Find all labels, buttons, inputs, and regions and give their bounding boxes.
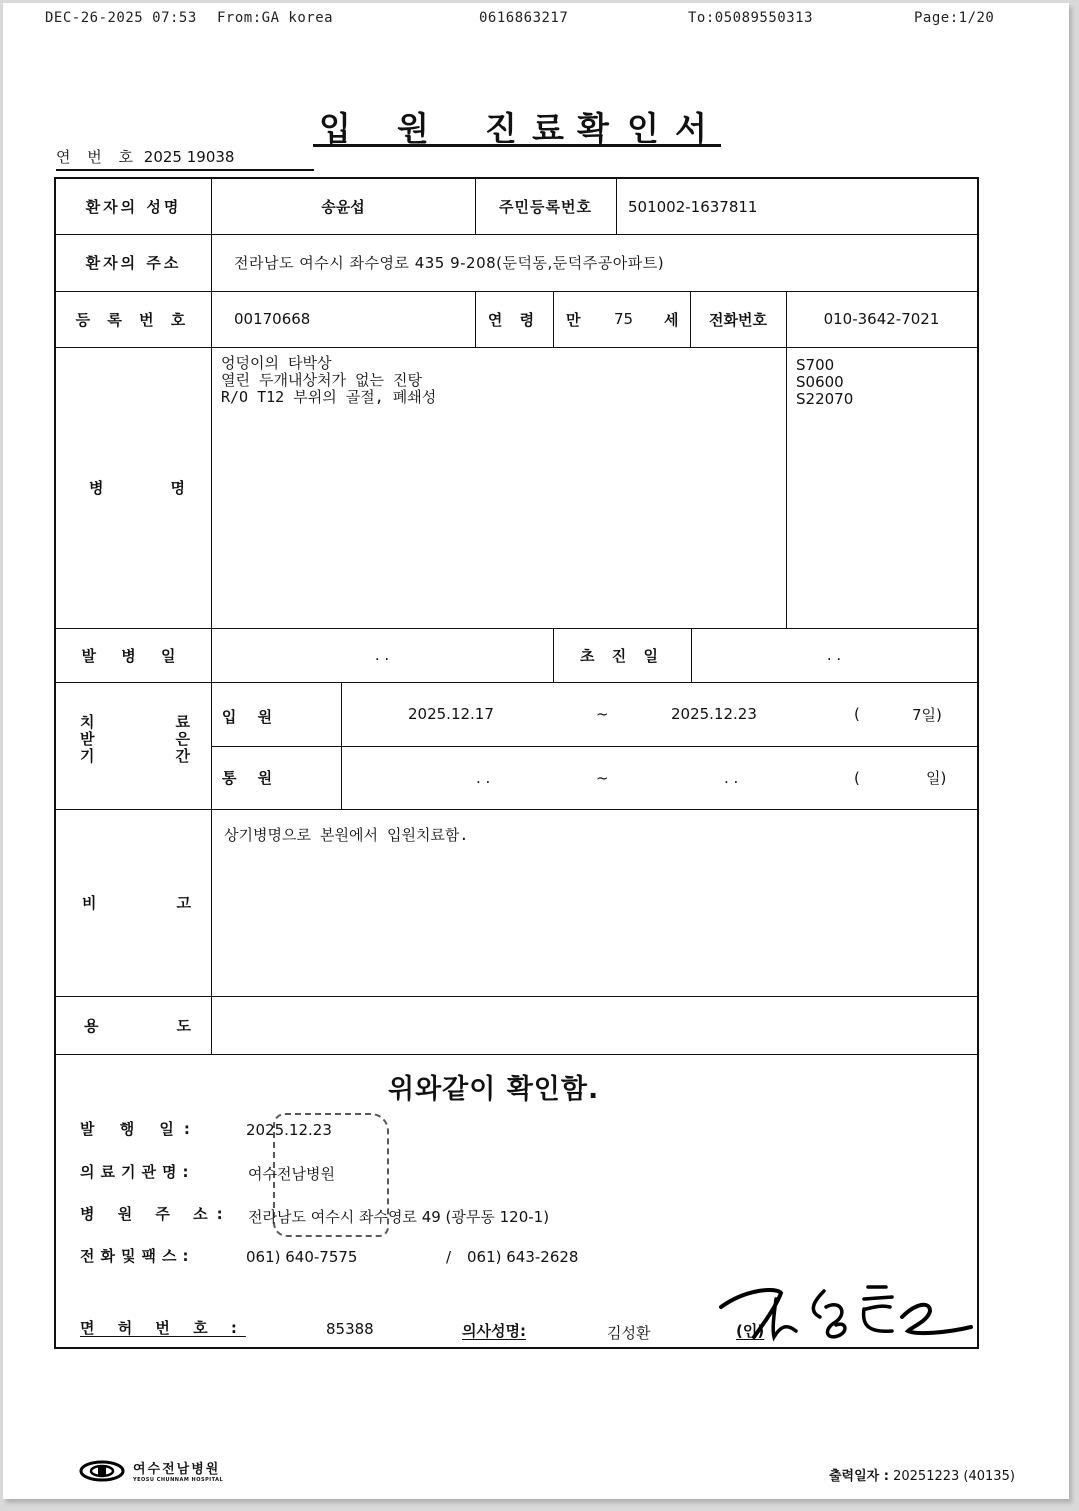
patient-name-label: 환자의 성명 (56, 179, 211, 234)
document-title: 입 원 진 료 확 인 서 (313, 103, 721, 147)
hospital-address-label: 병 원 주 소: (80, 1203, 232, 1224)
fax-from-number: 0616863217 (479, 10, 568, 26)
inpatient-start: 2025.12.17 (408, 682, 508, 746)
inpatient-label: 입 원 (211, 682, 291, 746)
inpatient-days: 7일) (912, 682, 962, 746)
hospital-logo-subtext: YEOSU CHUNNAM HOSPITAL (133, 1477, 223, 1483)
serial-number: 연 번 호 2025 19038 (56, 146, 314, 171)
diagnosis-codes: S700 S0600 S22070 (796, 357, 966, 408)
fax-header: DEC-26-2025 07:53 From:GA korea 06168632… (3, 10, 1069, 30)
outpatient-days: 일) (926, 746, 966, 809)
outpatient-end: . . (724, 746, 764, 809)
fax-page: DEC-26-2025 07:53 From:GA korea 06168632… (3, 3, 1069, 1499)
fax-from: From:GA korea (217, 10, 333, 26)
hospital-logo: 여수전남병원 YEOSU CHUNNAM HOSPITAL (79, 1458, 223, 1483)
address-value: 전라남도 여수시 좌수영로 435 9-208(둔덕동,둔덕주공아파트) (234, 234, 974, 291)
inpatient-paren: ( (854, 682, 864, 746)
diagnosis-code: S700 (796, 357, 966, 374)
phone-fax-label: 전화및팩스: (80, 1245, 194, 1266)
inpatient-end: 2025.12.23 (671, 682, 771, 746)
rrn-label: 주민등록번호 (475, 179, 616, 234)
address-label: 환자의 주소 (56, 234, 211, 291)
doctor-signature (716, 1277, 976, 1347)
phone-value: 010-3642-7021 (786, 291, 977, 347)
first-visit-value: . . (691, 628, 977, 682)
diagnosis-code: S22070 (796, 391, 966, 408)
serial-value: 2025 19038 (144, 148, 235, 166)
institution-label: 의료기관명: (80, 1161, 194, 1182)
diagnosis-names: 엉덩이의 타박상 열린 두개내상처가 없는 진탕 R/O T12 부위의 골절,… (221, 355, 781, 406)
outpatient-start: . . (476, 746, 516, 809)
outpatient-label: 통 원 (211, 746, 291, 809)
registration-label: 등 록 번 호 (56, 291, 211, 347)
diagnosis-item: 열린 두개내상처가 없는 진탕 (221, 372, 781, 389)
diagnosis-label: 병명 (56, 347, 211, 628)
hospital-logo-name: 여수전남병원 (133, 1458, 223, 1477)
official-stamp (273, 1113, 389, 1237)
first-visit-label: 초 진 일 (553, 628, 691, 682)
serial-label: 연 번 호 (56, 148, 139, 166)
remarks-label: 비 고 (56, 809, 211, 996)
treatment-period-label: 치 받 기 료 은 간 (80, 714, 190, 765)
doctor-name-value: 김성환 (607, 1322, 650, 1343)
purpose-value (224, 996, 964, 1054)
hospital-fax: 061) 643-2628 (467, 1248, 578, 1266)
fax-separator: / (446, 1248, 451, 1266)
rrn-value: 501002-1637811 (628, 179, 968, 234)
issue-date-label: 발 행 일: (80, 1118, 200, 1139)
print-date: 출력일자 : 20251223 (40135) (829, 1465, 1015, 1484)
remarks-value: 상기병명으로 본원에서 입원치료함. (224, 824, 468, 845)
diagnosis-item: 엉덩이의 타박상 (221, 355, 781, 372)
fax-datetime: DEC-26-2025 07:53 (45, 10, 197, 26)
license-value: 85388 (326, 1320, 374, 1338)
diagnosis-item: R/O T12 부위의 골절, 폐쇄성 (221, 389, 781, 406)
print-date-label: 출력일자 : (829, 1469, 889, 1484)
fax-page-count: Page:1/20 (914, 10, 994, 26)
onset-value: . . (211, 628, 553, 682)
age-label: 연 령 (475, 291, 553, 347)
doctor-name-label: 의사성명: (462, 1320, 526, 1341)
phone-label: 전화번호 (690, 291, 786, 347)
diagnosis-code: S0600 (796, 374, 966, 391)
hospital-phone: 061) 640-7575 (246, 1248, 357, 1266)
confirmation-form-table: 환자의 성명 송윤섭 주민등록번호 501002-1637811 환자의 주소 … (54, 177, 979, 1349)
age-suffix: 세 (664, 291, 684, 347)
patient-name-value: 송윤섭 (211, 179, 475, 234)
inpatient-separator: ~ (596, 682, 608, 746)
age-value: 75 (614, 291, 644, 347)
fax-to: To:05089550313 (688, 10, 813, 26)
hospital-emblem-icon (79, 1460, 125, 1482)
purpose-label: 용 도 (56, 996, 211, 1054)
onset-label: 발 병 일 (56, 628, 211, 682)
outpatient-separator: ~ (596, 746, 608, 809)
license-label: 면 허 번 호 : (80, 1317, 246, 1338)
print-date-value: 20251223 (40135) (893, 1469, 1015, 1484)
age-prefix: 만 (566, 291, 586, 347)
confirmation-statement: 위와같이 확인함. (388, 1067, 599, 1106)
outpatient-paren: ( (854, 746, 864, 809)
registration-value: 00170668 (234, 291, 474, 347)
